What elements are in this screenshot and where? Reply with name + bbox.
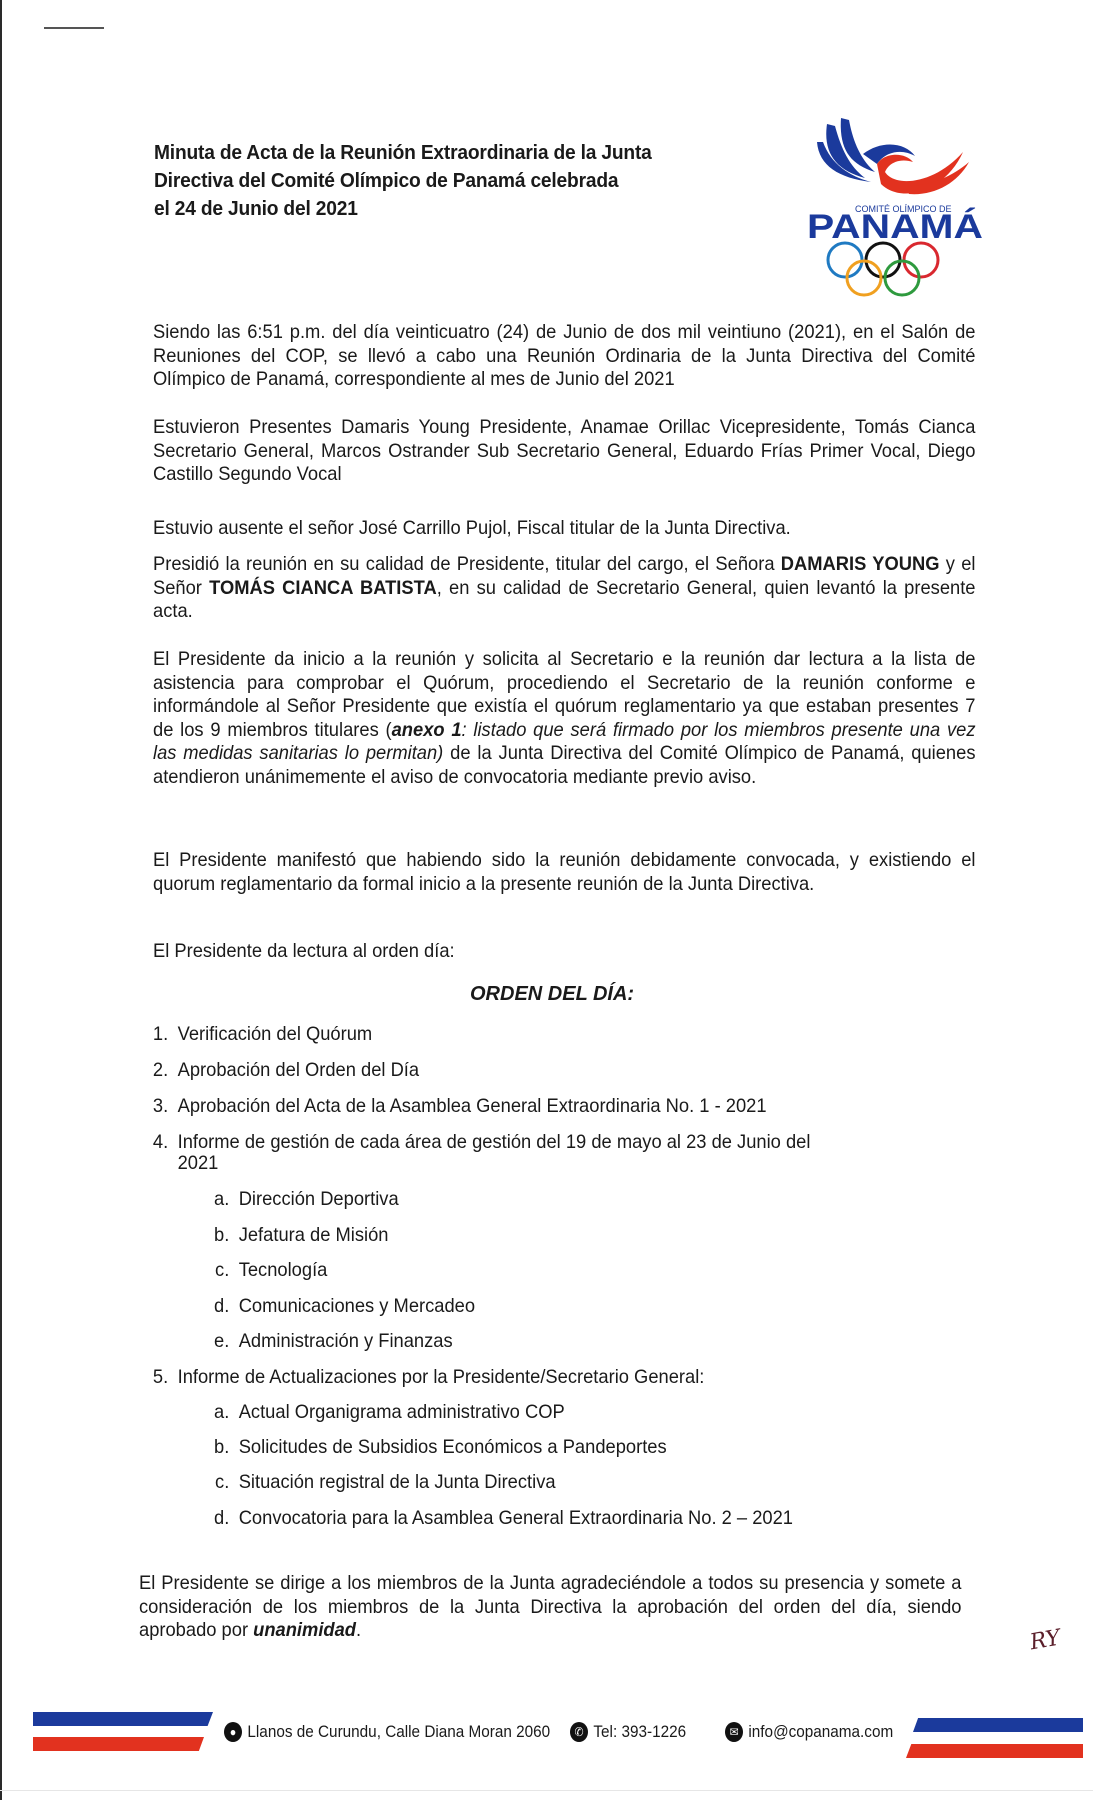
agenda-item: 2.Aprobación del Orden del Día bbox=[140, 1059, 419, 1082]
opening-text: Siendo las 6:51 p.m. del día veinticuatr… bbox=[153, 321, 976, 392]
paragraph-presided: Presidió la reunión en su calidad de Pre… bbox=[153, 553, 976, 624]
agenda-item: 3.Aprobación del Acta de la Asamblea Gen… bbox=[140, 1095, 767, 1118]
start-text: El Presidente manifestó que habiendo sid… bbox=[153, 849, 976, 896]
agenda-subitem: d.Convocatoria para la Asamblea General … bbox=[201, 1507, 793, 1530]
agenda-subitem: c.Tecnología bbox=[201, 1259, 327, 1282]
agenda-subitem: b.Solicitudes de Subsidios Económicos a … bbox=[201, 1436, 667, 1459]
agenda-item: 4.Informe de gestión de cada área de ges… bbox=[140, 1131, 810, 1154]
paragraph-opening: Siendo las 6:51 p.m. del día veinticuatr… bbox=[153, 321, 976, 392]
phone-icon: ✆ bbox=[570, 1722, 588, 1742]
footer-email[interactable]: ✉ info@copanama.com bbox=[725, 1722, 893, 1742]
agenda-item-continuation: 2021 bbox=[178, 1152, 219, 1175]
footer-stripe-blue-right bbox=[913, 1718, 1083, 1732]
agenda-subitem: e.Administración y Finanzas bbox=[201, 1330, 453, 1353]
title-line: Directiva del Comité Olímpico de Panamá … bbox=[154, 167, 730, 195]
footer-stripe-blue-left bbox=[33, 1712, 213, 1726]
paragraph-start: El Presidente manifestó que habiendo sid… bbox=[153, 849, 976, 896]
page-bottom-edge bbox=[0, 1790, 1093, 1791]
agenda-subitem: d.Comunicaciones y Mercadeo bbox=[201, 1295, 475, 1318]
quorum-text: El Presidente da inicio a la reunión y s… bbox=[153, 648, 976, 789]
footer-stripe-red-left bbox=[33, 1737, 204, 1751]
footer-stripe-red-right bbox=[906, 1744, 1083, 1758]
envelope-icon: ✉ bbox=[725, 1722, 743, 1742]
paragraph-absent: Estuvio ausente el señor José Carrillo P… bbox=[153, 517, 976, 541]
top-mark bbox=[44, 27, 104, 29]
cop-logo: COMITÉ OLÍMPICO DE PANAMÁ bbox=[805, 112, 985, 302]
attendees-text: Estuvieron Presentes Damaris Young Presi… bbox=[153, 416, 976, 487]
title-line: Minuta de Acta de la Reunión Extraordina… bbox=[154, 139, 730, 167]
svg-text:PANAMÁ: PANAMÁ bbox=[807, 208, 983, 246]
scan-edge bbox=[0, 0, 2, 1800]
paragraph-agenda-intro: El Presidente da lectura al orden día: bbox=[153, 940, 976, 964]
agenda-subitem: a.Dirección Deportiva bbox=[201, 1188, 399, 1211]
agenda-subitem: a.Actual Organigrama administrativo COP bbox=[201, 1401, 565, 1424]
presided-text: Presidió la reunión en su calidad de Pre… bbox=[153, 553, 976, 624]
title-line: el 24 de Junio del 2021 bbox=[154, 195, 730, 223]
agenda-title: ORDEN DEL DÍA: bbox=[470, 983, 634, 1006]
paragraph-attendees: Estuvieron Presentes Damaris Young Presi… bbox=[153, 416, 976, 487]
footer-address: ● Llanos de Curundu, Calle Diana Moran 2… bbox=[224, 1722, 550, 1742]
agenda-subitem: b.Jefatura de Misión bbox=[201, 1224, 388, 1247]
location-pin-icon: ● bbox=[224, 1722, 242, 1742]
paragraph-approval: El Presidente se dirige a los miembros d… bbox=[139, 1572, 962, 1643]
agenda-item: 1.Verificación del Quórum bbox=[140, 1023, 372, 1046]
agenda-intro-text: El Presidente da lectura al orden día: bbox=[153, 940, 976, 964]
handwritten-initials: RY bbox=[1028, 1626, 1062, 1656]
agenda-subitem: c.Situación registral de la Junta Direct… bbox=[201, 1471, 555, 1494]
olympic-committee-logo-icon: COMITÉ OLÍMPICO DE PANAMÁ bbox=[805, 112, 985, 302]
approval-text: El Presidente se dirige a los miembros d… bbox=[139, 1572, 962, 1643]
agenda-item: 5.Informe de Actualizaciones por la Pres… bbox=[140, 1366, 704, 1389]
absent-text: Estuvio ausente el señor José Carrillo P… bbox=[153, 517, 976, 541]
document-title: Minuta de Acta de la Reunión Extraordina… bbox=[154, 139, 730, 223]
footer-phone: ✆ Tel: 393-1226 bbox=[570, 1722, 686, 1742]
paragraph-quorum: El Presidente da inicio a la reunión y s… bbox=[153, 648, 976, 789]
